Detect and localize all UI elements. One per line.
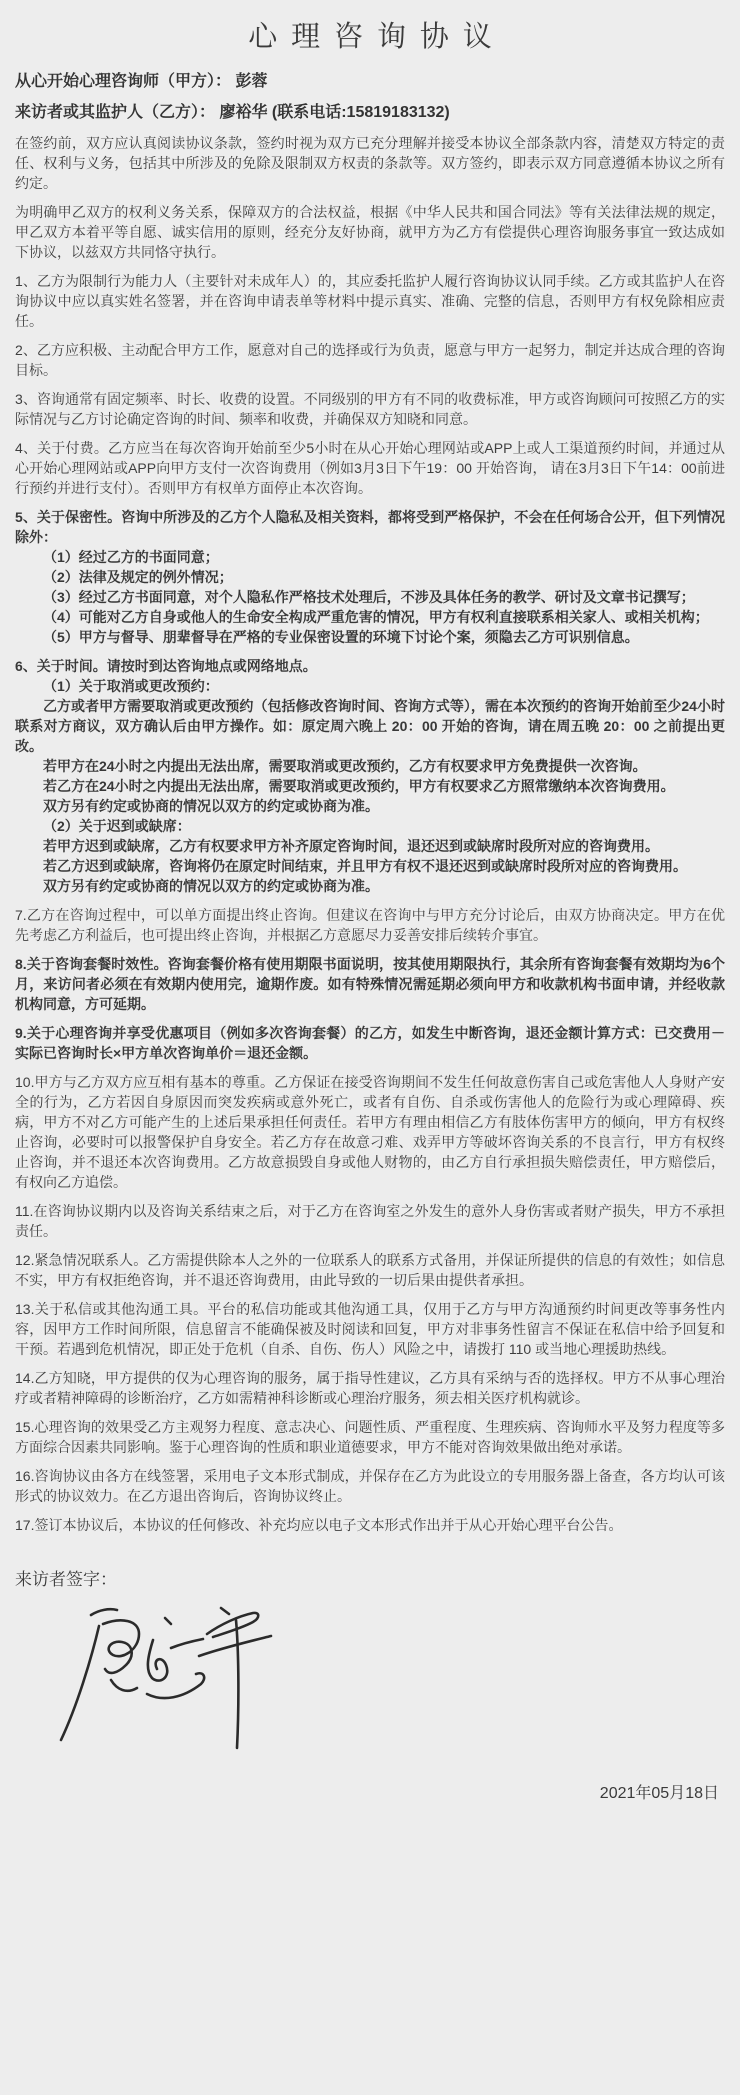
agreement-paragraph: （5）甲方与督导、朋辈督导在严格的专业保密设置的环境下讨论个案，须隐去乙方可识别… [15, 627, 725, 647]
agreement-paragraph: 若甲方在24小时之内提出无法出席，需要取消或更改预约，乙方有权要求甲方免费提供一… [15, 756, 725, 776]
agreement-paragraph: 双方另有约定或协商的情况以双方的约定或协商为准。 [15, 876, 725, 896]
agreement-paragraph: 在签约前，双方应认真阅读协议条款，签约时视为双方已充分理解并接受本协议全部条款内… [15, 133, 725, 193]
agreement-paragraph: 7.乙方在咨询过程中，可以单方面提出终止咨询。但建议在咨询中与甲方充分讨论后，由… [15, 905, 725, 945]
agreement-paragraph: （2）关于迟到或缺席： [15, 816, 725, 836]
agreement-paragraph: 12.紧急情况联系人。乙方需提供除本人之外的一位联系人的联系方式备用，并保证所提… [15, 1250, 725, 1290]
agreement-paragraph: 5、关于保密性。咨询中所涉及的乙方个人隐私及相关资料，都将受到严格保护，不会在任… [15, 507, 725, 547]
agreement-paragraph: 为明确甲乙双方的权利义务关系，保障双方的合法权益，根据《中华人民共和国合同法》等… [15, 202, 725, 262]
agreement-body: 在签约前，双方应认真阅读协议条款，签约时视为双方已充分理解并接受本协议全部条款内… [15, 133, 725, 1535]
agreement-page: 心理咨询协议 从心开始心理咨询师（甲方）： 彭蓉 来访者或其监护人（乙方）： 廖… [0, 0, 740, 2095]
agreement-paragraph: 17.签订本协议后，本协议的任何修改、补充均应以电子文本形式作出并于从心开始心理… [15, 1515, 725, 1535]
agreement-paragraph: 8.关于咨询套餐时效性。咨询套餐价格有使用期限书面说明，按其使用期限执行，其余所… [15, 954, 725, 1014]
visitor-signature-label: 来访者签字： [15, 1565, 725, 1590]
agreement-paragraph: 双方另有约定或协商的情况以双方的约定或协商为准。 [15, 796, 725, 816]
page-title: 心理咨询协议 [15, 14, 725, 55]
agreement-paragraph: （1）关于取消或更改预约： [15, 676, 725, 696]
visitor-signature-image [53, 1602, 293, 1754]
party-b-line: 来访者或其监护人（乙方）： 廖裕华 (联系电话:15819183132) [15, 102, 725, 124]
agreement-paragraph: 15.心理咨询的效果受乙方主观努力程度、意志决心、问题性质、严重程度、生理疾病、… [15, 1417, 725, 1457]
signature-date: 2021年05月18日 [15, 1780, 725, 1803]
agreement-paragraph: 9.关于心理咨询并享受优惠项目（例如多次咨询套餐）的乙方，如发生中断咨询，退还金… [15, 1023, 725, 1063]
agreement-paragraph: （2）法律及规定的例外情况； [15, 567, 725, 587]
agreement-paragraph: 6、关于时间。请按时到达咨询地点或网络地点。 [15, 656, 725, 676]
agreement-paragraph: 若乙方在24小时之内提出无法出席，需要取消或更改预约，甲方有权要求乙方照常缴纳本… [15, 776, 725, 796]
agreement-paragraph: 1、乙方为限制行为能力人（主要针对未成年人）的，其应委托监护人履行咨询协议认同手… [15, 271, 725, 331]
agreement-paragraph: （4）可能对乙方自身或他人的生命安全构成严重危害的情况，甲方有权利直接联系相关家… [15, 607, 725, 627]
agreement-paragraph: 3、咨询通常有固定频率、时长、收费的设置。不同级别的甲方有不同的收费标准，甲方或… [15, 389, 725, 429]
agreement-paragraph: 乙方或者甲方需要取消或更改预约（包括修改咨询时间、咨询方式等），需在本次预约的咨… [15, 696, 725, 756]
agreement-paragraph: 11.在咨询协议期内以及咨询关系结束之后，对于乙方在咨询室之外发生的意外人身伤害… [15, 1201, 725, 1241]
agreement-paragraph: 16.咨询协议由各方在线签署，采用电子文本形式制成，并保存在乙方为此设立的专用服… [15, 1466, 725, 1506]
agreement-paragraph: （1）经过乙方的书面同意； [15, 547, 725, 567]
agreement-paragraph: 2、乙方应积极、主动配合甲方工作，愿意对自己的选择或行为负责，愿意与甲方一起努力… [15, 340, 725, 380]
agreement-paragraph: （3）经过乙方书面同意，对个人隐私作严格技术处理后，不涉及具体任务的教学、研讨及… [15, 587, 725, 607]
agreement-paragraph: 4、关于付费。乙方应当在每次咨询开始前至少5小时在从心开始心理网站或APP上或人… [15, 438, 725, 498]
agreement-paragraph: 14.乙方知晓，甲方提供的仅为心理咨询的服务，属于指导性建议，乙方具有采纳与否的… [15, 1368, 725, 1408]
party-a-line: 从心开始心理咨询师（甲方）： 彭蓉 [15, 71, 725, 93]
agreement-paragraph: 10.甲方与乙方双方应互相有基本的尊重。乙方保证在接受咨询期间不发生任何故意伤害… [15, 1072, 725, 1192]
agreement-paragraph: 若甲方迟到或缺席，乙方有权要求甲方补齐原定咨询时间，退还迟到或缺席时段所对应的咨… [15, 836, 725, 856]
agreement-paragraph: 13.关于私信或其他沟通工具。平台的私信功能或其他沟通工具，仅用于乙方与甲方沟通… [15, 1299, 725, 1359]
agreement-paragraph: 若乙方迟到或缺席，咨询将仍在原定时间结束，并且甲方有权不退还迟到或缺席时段所对应… [15, 856, 725, 876]
